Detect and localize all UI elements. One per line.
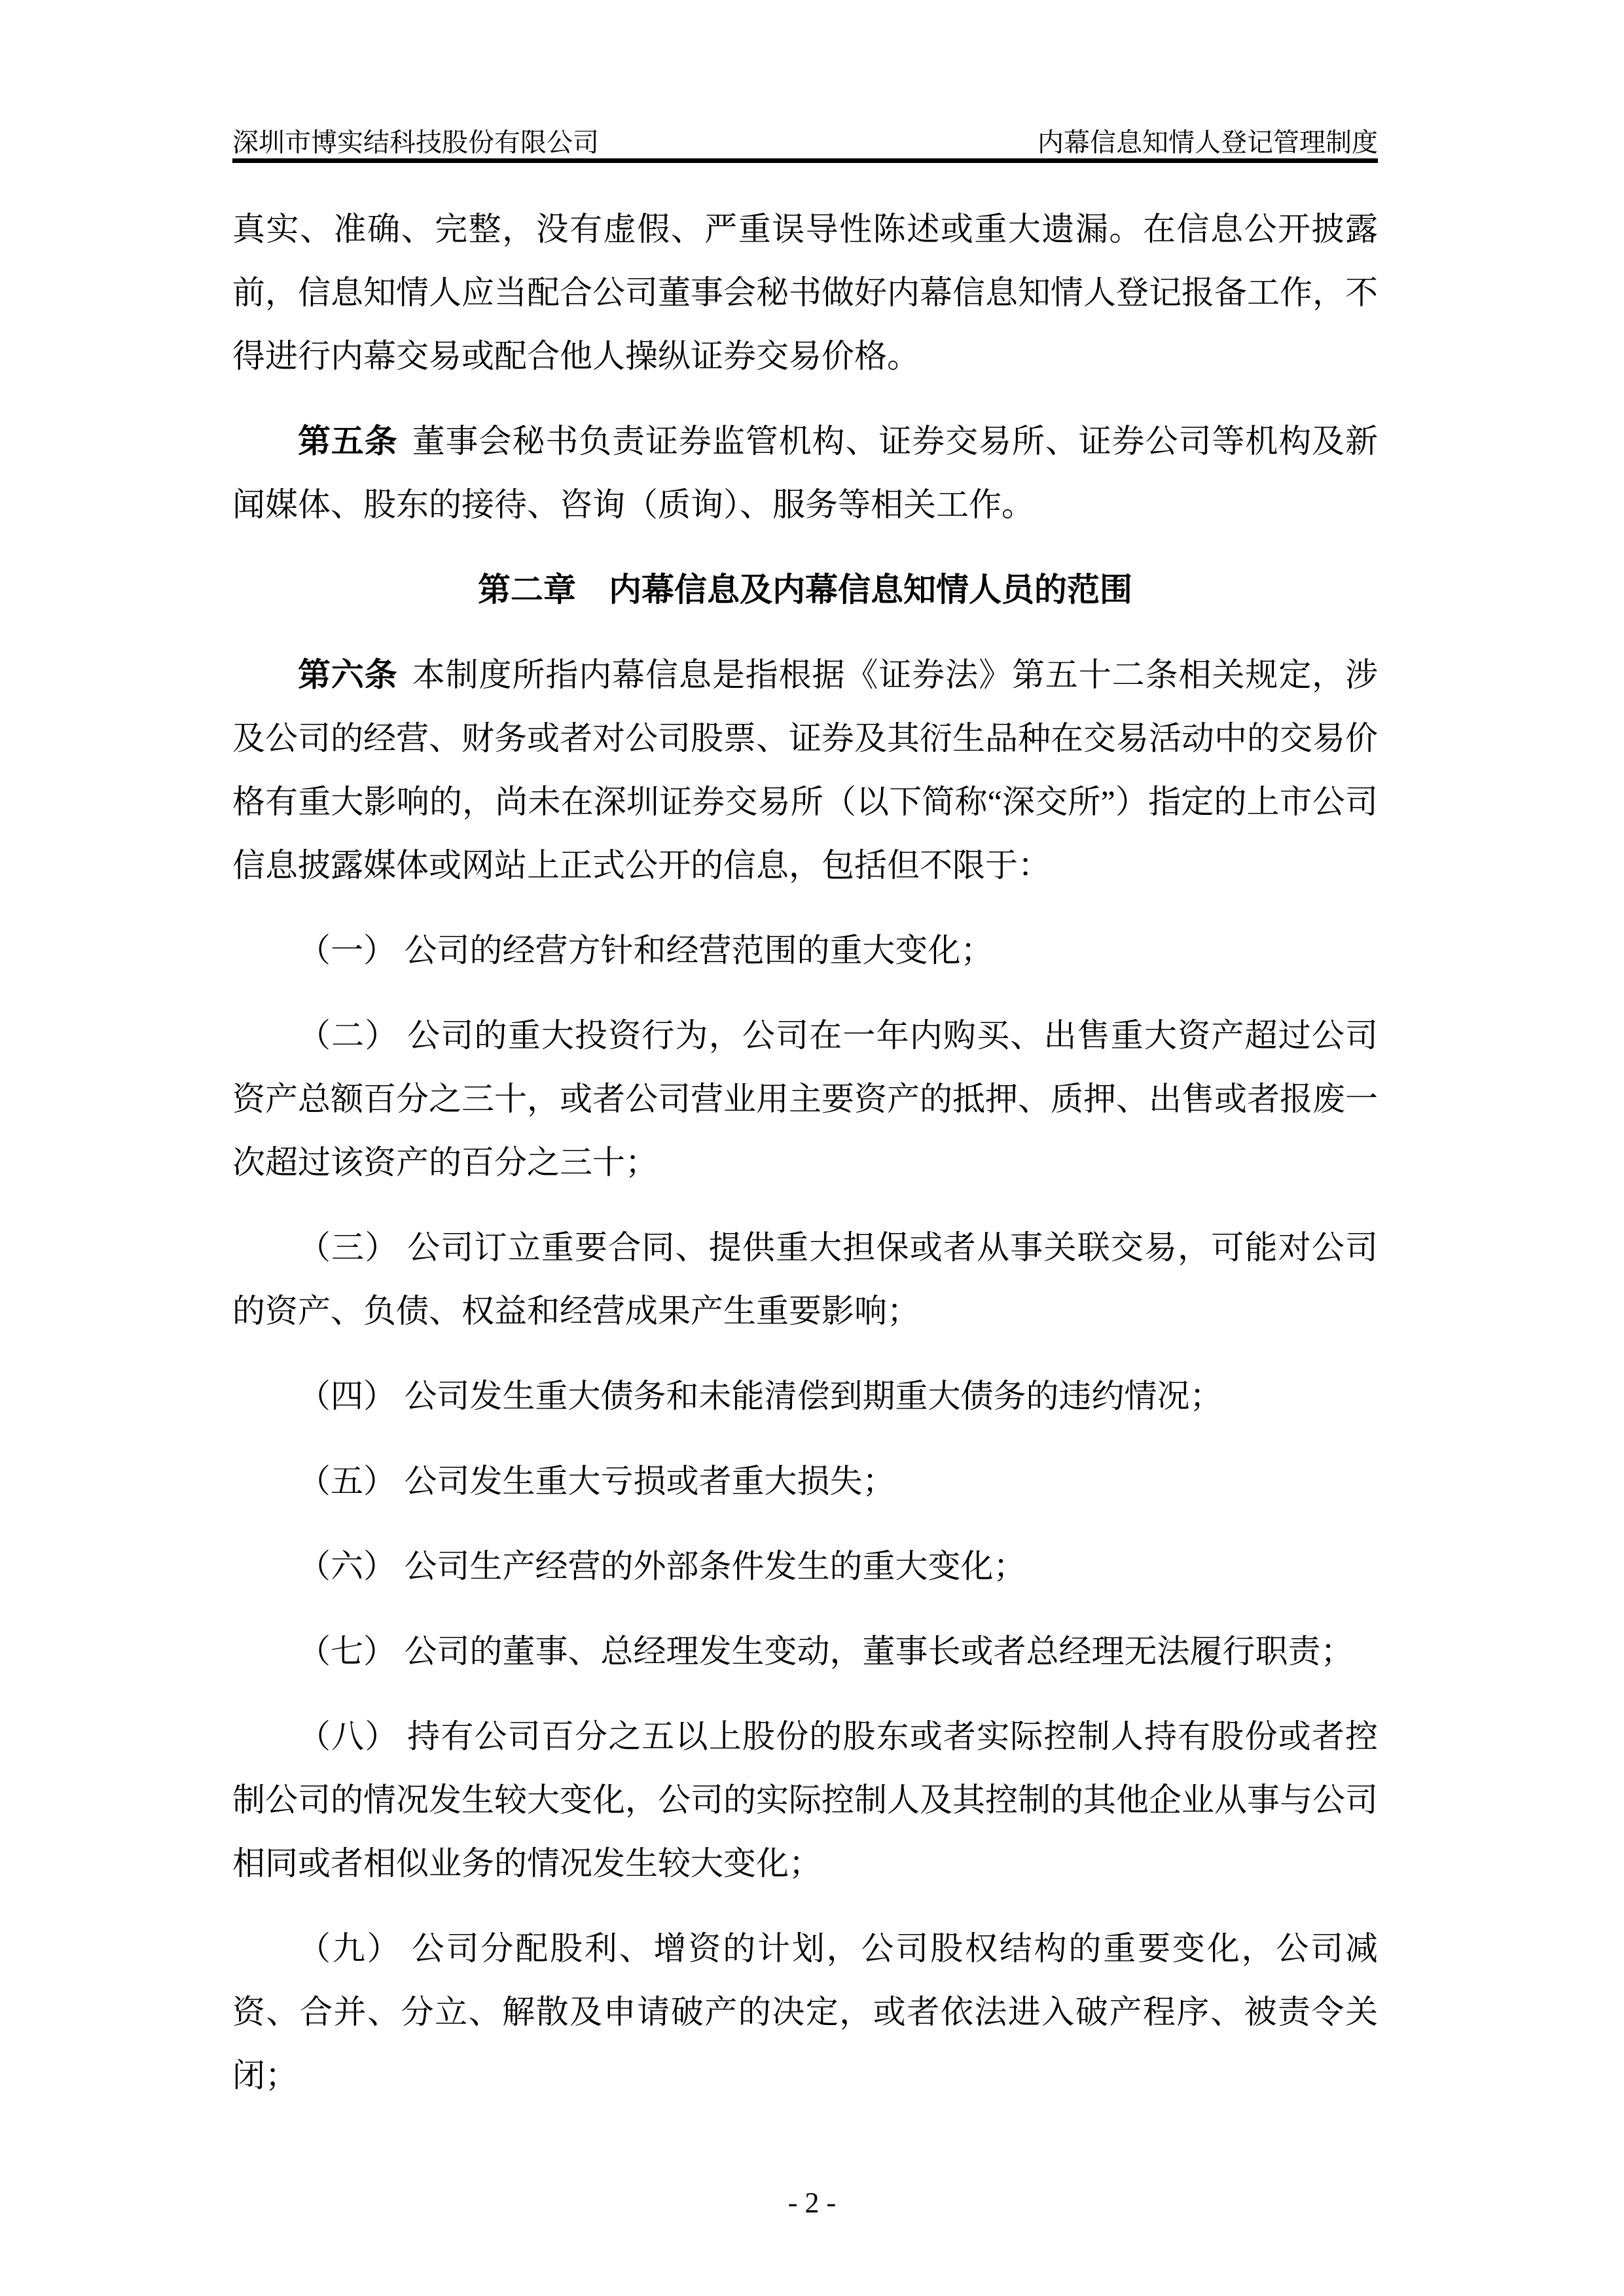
article-6-item-9: （九） 公司分配股利、增资的计划，公司股权结构的重要变化，公司减资、合并、分立、… bbox=[232, 1917, 1378, 2108]
chapter-2-heading: 第二章 内幕信息及内幕信息知情人员的范围 bbox=[232, 558, 1378, 622]
paragraph-continued: 真实、准确、完整，没有虚假、严重误导性陈述或重大遗漏。在信息公开披露前，信息知情… bbox=[232, 198, 1378, 388]
article-6-item-5: （五） 公司发生重大亏损或者重大损失； bbox=[232, 1450, 1378, 1513]
article-5-text: 董事会秘书负责证券监管机构、证券交易所、证券公司等机构及新闻媒体、股东的接待、咨… bbox=[232, 423, 1378, 523]
article-6-label: 第六条 bbox=[298, 656, 398, 693]
article-6-text: 本制度所指内幕信息是指根据《证券法》第五十二条相关规定，涉及公司的经营、财务或者… bbox=[232, 656, 1378, 884]
article-5-label: 第五条 bbox=[298, 423, 398, 459]
article-6-item-3: （三） 公司订立重要合同、提供重大担保或者从事关联交易，可能对公司的资产、负债、… bbox=[232, 1216, 1378, 1343]
document-body: 真实、准确、完整，没有虚假、严重误导性陈述或重大遗漏。在信息公开披露前，信息知情… bbox=[232, 198, 1378, 2129]
header-company-name: 深圳市博实结科技股份有限公司 bbox=[232, 127, 599, 158]
article-6-item-6: （六） 公司生产经营的外部条件发生的重大变化； bbox=[232, 1535, 1378, 1598]
article-6-paragraph: 第六条本制度所指内幕信息是指根据《证券法》第五十二条相关规定，涉及公司的经营、财… bbox=[232, 643, 1378, 897]
document-page: 深圳市博实结科技股份有限公司 内幕信息知情人登记管理制度 真实、准确、完整，没有… bbox=[0, 0, 1624, 2296]
page-footer: - 2 - bbox=[0, 2183, 1624, 2223]
article-6-item-7: （七） 公司的董事、总经理发生变动，董事长或者总经理无法履行职责； bbox=[232, 1620, 1378, 1683]
article-5-paragraph: 第五条董事会秘书负责证券监管机构、证券交易所、证券公司等机构及新闻媒体、股东的接… bbox=[232, 410, 1378, 537]
article-6-item-8: （八） 持有公司百分之五以上股份的股东或者实际控制人持有股份或者控制公司的情况发… bbox=[232, 1705, 1378, 1895]
page-number: - 2 - bbox=[788, 2187, 836, 2219]
article-6-item-1: （一） 公司的经营方针和经营范围的重大变化； bbox=[232, 919, 1378, 982]
article-6-item-4: （四） 公司发生重大债务和未能清偿到期重大债务的违约情况； bbox=[232, 1365, 1378, 1428]
article-6-item-2: （二） 公司的重大投资行为，公司在一年内购买、出售重大资产超过公司资产总额百分之… bbox=[232, 1004, 1378, 1194]
header-doc-title: 内幕信息知情人登记管理制度 bbox=[1038, 127, 1378, 158]
page-header: 深圳市博实结科技股份有限公司 内幕信息知情人登记管理制度 bbox=[232, 119, 1378, 163]
